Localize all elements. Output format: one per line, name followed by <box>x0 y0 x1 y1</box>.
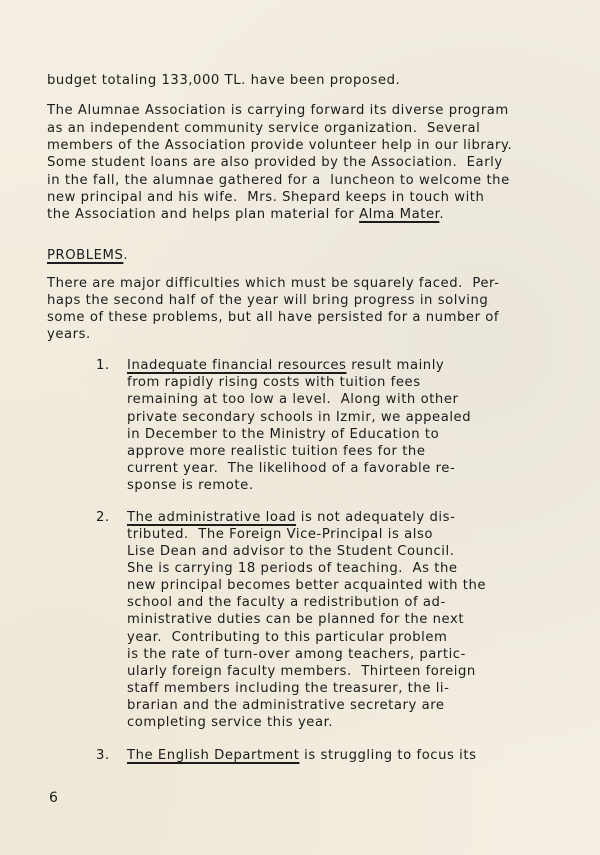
item-text: result mainly <box>346 358 444 373</box>
paragraph-line: members of the Association provide volun… <box>47 138 512 154</box>
item-line: staff members including the treasurer, t… <box>127 681 449 697</box>
item-line: in December to the Ministry of Education… <box>127 427 439 443</box>
item-first-line: Inadequate financial resources result ma… <box>127 358 444 374</box>
item-line: She is carrying 18 periods of teaching. … <box>127 561 458 577</box>
paragraph-line: new principal and his wife. Mrs. Shepard… <box>47 190 484 206</box>
item-line: current year. The likelihood of a favora… <box>127 461 455 477</box>
page-number: 6 <box>49 790 58 806</box>
item-first-line: The administrative load is not adequatel… <box>127 510 455 526</box>
item-line: approve more realistic tuition fees for … <box>127 444 425 460</box>
paragraph-line: haps the second half of the year will br… <box>47 293 488 309</box>
item-number: 1. <box>96 358 110 373</box>
problems-heading: PROBLEMS. <box>47 248 128 264</box>
item-line: new principal becomes better acquainted … <box>127 578 486 594</box>
paragraph-line: years. <box>47 327 91 343</box>
heading-punct: . <box>123 248 128 263</box>
paragraph-line: as an independent community service orga… <box>47 121 480 137</box>
paragraph-line: the Association and helps plan material … <box>47 207 444 223</box>
paragraph-text: . <box>439 207 444 222</box>
paragraph-text: the Association and helps plan material … <box>47 207 359 222</box>
paragraph-line: Some student loans are also provided by … <box>47 155 503 171</box>
item-text: is struggling to focus its <box>299 748 476 763</box>
item-line: sponse is remote. <box>127 478 254 494</box>
item-first-line: The English Department is struggling to … <box>127 748 477 764</box>
item-title: The administrative load <box>127 510 296 525</box>
item-number: 3. <box>96 748 110 763</box>
item-line: brarian and the administrative secretary… <box>127 698 445 714</box>
opening-line: budget totaling 133,000 TL. have been pr… <box>47 73 400 89</box>
item-line: ularly foreign faculty members. Thirteen… <box>127 664 476 680</box>
alma-mater-title: Alma Mater <box>359 207 439 222</box>
heading-text: PROBLEMS <box>47 248 123 263</box>
item-line: Lise Dean and advisor to the Student Cou… <box>127 544 454 560</box>
item-line: from rapidly rising costs with tuition f… <box>127 375 421 391</box>
item-line: private secondary schools in Izmir, we a… <box>127 410 471 426</box>
item-title: Inadequate financial resources <box>127 358 346 373</box>
item-number: 2. <box>96 510 110 525</box>
item-line: is the rate of turn-over among teachers,… <box>127 647 466 663</box>
item-line: completing service this year. <box>127 715 333 731</box>
paragraph-line: The Alumnae Association is carrying forw… <box>47 103 509 119</box>
paragraph-line: some of these problems, but all have per… <box>47 310 499 326</box>
paragraph-line: in the fall, the alumnae gathered for a … <box>47 173 510 189</box>
paragraph-line: There are major difficulties which must … <box>47 276 500 292</box>
item-line: ministrative duties can be planned for t… <box>127 612 464 628</box>
item-text: is not adequately dis- <box>296 510 455 525</box>
item-line: tributed. The Foreign Vice-Principal is … <box>127 527 433 543</box>
item-title: The English Department <box>127 748 299 763</box>
item-line: year. Contributing to this particular pr… <box>127 630 447 646</box>
item-line: remaining at too low a level. Along with… <box>127 392 458 408</box>
item-line: school and the faculty a redistribution … <box>127 595 446 611</box>
document-page: budget totaling 133,000 TL. have been pr… <box>0 0 600 855</box>
